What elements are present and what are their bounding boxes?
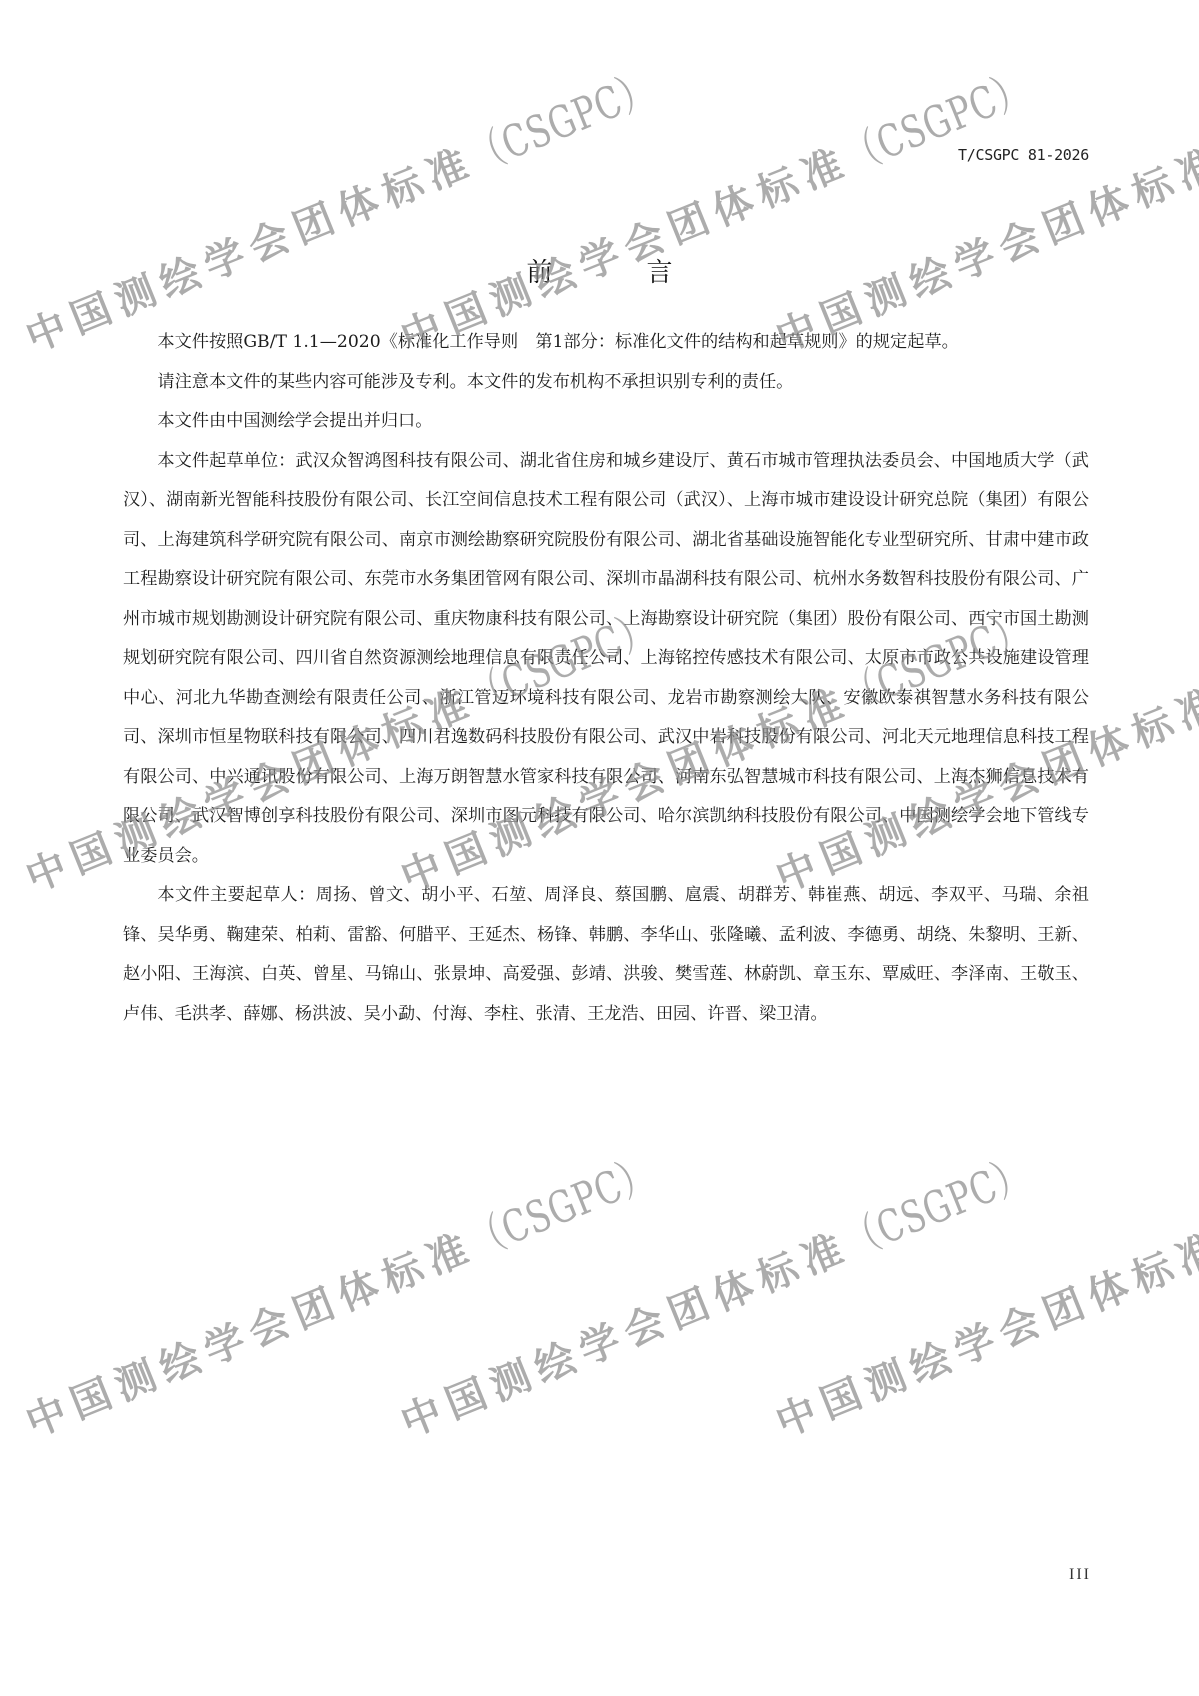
paragraph-drafters: 本文件主要起草人：周扬、曾文、胡小平、石堃、周泽良、蔡国鹏、扈震、胡群芳、韩崔燕…: [123, 876, 1089, 1034]
paragraph-drafting-units: 本文件起草单位：武汉众智鸿图科技有限公司、湖北省住房和城乡建设厅、黄石市城市管理…: [123, 442, 1089, 877]
watermark: 中国测绘学会团体标准（CSGPC）: [389, 28, 1097, 364]
paragraph-drafting-rules: 本文件按照GB/T 1.1—2020《标准化工作导则 第1部分：标准化文件的结构…: [123, 323, 1089, 363]
watermark: 中国测绘学会团体标准（CSGPC）: [389, 1113, 1097, 1449]
page-number: III: [1069, 1566, 1091, 1584]
paragraph-proposer: 本文件由中国测绘学会提出并归口。: [123, 402, 1089, 442]
watermark: 中国测绘学会团体标准（CSGPC）: [14, 1113, 722, 1449]
document-code: T/CSGPC 81-2026: [958, 146, 1089, 164]
watermark: 中国测绘学会团体标准（CSGPC）: [764, 1113, 1199, 1449]
paragraph-patent-notice: 请注意本文件的某些内容可能涉及专利。本文件的发布机构不承担识别专利的责任。: [123, 363, 1089, 403]
document-page: T/CSGPC 81-2026 前 言 本文件按照GB/T 1.1—2020《标…: [0, 0, 1199, 1696]
page-title: 前 言: [0, 252, 1199, 289]
watermark: 中国测绘学会团体标准（CSGPC）: [14, 28, 722, 364]
watermark: 中国测绘学会团体标准（CSGPC）: [764, 28, 1199, 364]
foreword-body: 本文件按照GB/T 1.1—2020《标准化工作导则 第1部分：标准化文件的结构…: [123, 323, 1089, 1034]
